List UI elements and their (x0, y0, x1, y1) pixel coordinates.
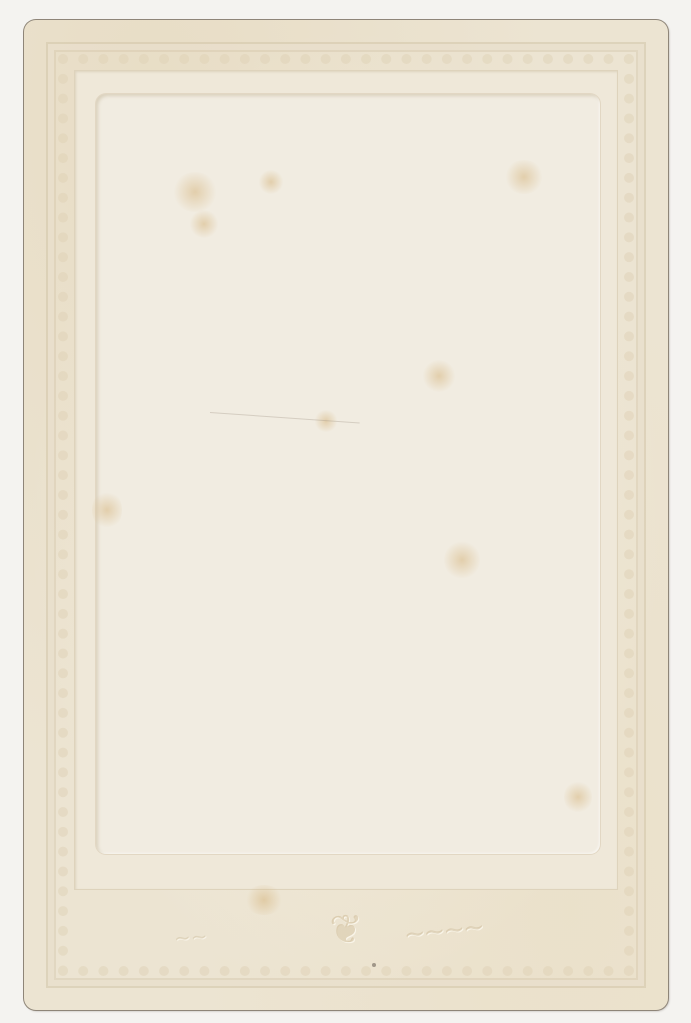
foxing-spot (422, 360, 456, 392)
inner-recessed-panel (96, 94, 600, 854)
foxing-spot (172, 172, 218, 212)
photographer-imprint: ~~ ❦ ~~~~ (24, 892, 668, 972)
foxing-spot (189, 210, 219, 238)
monogram-emblem: ❦ (296, 902, 396, 958)
imprint-left-mark: ~~ (173, 918, 295, 956)
foxing-spot (564, 780, 592, 814)
foxing-spot (504, 160, 544, 194)
foxing-spot (258, 170, 284, 194)
foxing-spot (444, 540, 480, 580)
photographer-signature: ~~~~ (402, 904, 565, 961)
cabinet-card-back: ~~ ❦ ~~~~ (24, 20, 668, 1010)
foxing-spot (92, 490, 122, 530)
speck (372, 963, 376, 967)
